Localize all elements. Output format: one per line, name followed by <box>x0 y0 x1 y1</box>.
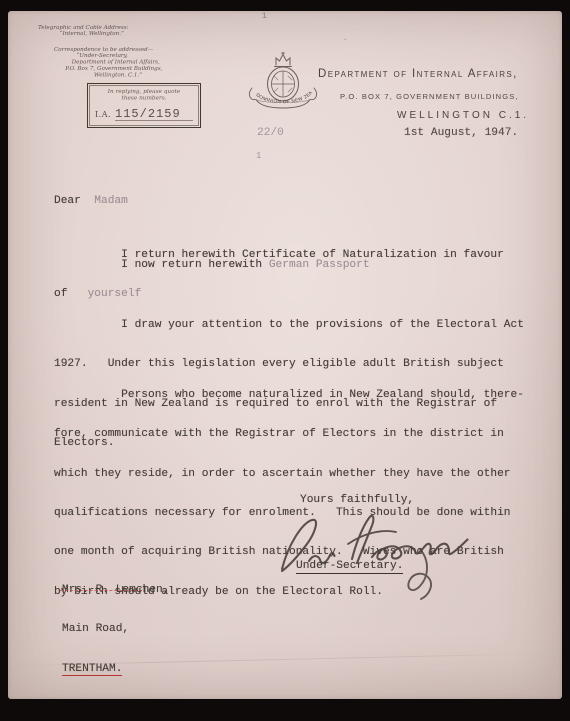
copy-reference: 22/0 <box>257 127 284 140</box>
body-line: I draw your attention to the provisions … <box>54 319 524 332</box>
stray-mark: . <box>343 35 347 43</box>
department-name: Department of Internal Affairs, <box>318 68 518 80</box>
file-reference: I.A. 115/2159 <box>95 108 193 121</box>
body-line-fixed: I now return herewith <box>54 259 269 271</box>
quote-note-line: these numbers. <box>100 95 189 101</box>
body-line: fore, communicate with the Registrar of … <box>54 428 524 441</box>
salutation-inserted: Madam <box>81 195 128 207</box>
recipient-town: TRENTHAM. <box>62 663 169 676</box>
signature-handwriting <box>268 499 483 617</box>
correspondence-address-block: Correspondence to be addressed— “Under-S… <box>54 46 162 78</box>
telegraphic-address-block: Telegraphic and Cable Address: “Internal… <box>38 24 128 37</box>
date-line: 1st August, 1947. <box>404 127 518 140</box>
quote-note: In replying, please quote these numbers. <box>100 89 189 101</box>
recipient-street: Main Road, <box>62 623 169 636</box>
new-zealand-coat-of-arms-icon: DOMINION OF NEW ZEALAND <box>243 51 323 129</box>
signer-title-text: Under-Secretary. <box>296 560 403 574</box>
stray-mark: 1 <box>262 12 267 21</box>
file-number-box-inner-border: In replying, please quote these numbers.… <box>89 85 199 126</box>
file-number: 115/2159 <box>115 108 193 121</box>
salutation: Dear Madam <box>54 195 128 208</box>
body-line: which they reside, in order to ascertain… <box>54 468 524 481</box>
city-line: WELLINGTON C.1. <box>397 110 529 121</box>
po-box-line: P.O. BOX 7, GOVERNMENT BUILDINGS, <box>340 92 519 101</box>
red-underline-dashed <box>60 590 142 591</box>
body-line: Persons who become naturalized in New Ze… <box>54 389 524 402</box>
signer-title: Under-Secretary. <box>296 560 403 573</box>
correspondence-line: Wellington. C.1.” <box>94 72 162 78</box>
telegraphic-line: “Internal, Wellington.” <box>60 30 129 36</box>
body-line-inserted: German Passport <box>269 259 370 271</box>
file-prefix: I.A. <box>95 110 111 119</box>
file-number-box: In replying, please quote these numbers.… <box>87 83 201 128</box>
paragraph-return-passport: I now return herewith German Passport <box>54 259 370 272</box>
salutation-fixed: Dear <box>54 195 81 207</box>
letter-page: 1 . 1 Telegraphic and Cable Address: “In… <box>8 11 562 699</box>
recipient-address: Mrs. R. Lemchen, Main Road, TRENTHAM. <box>62 558 169 702</box>
stray-mark: 1 <box>256 151 261 161</box>
